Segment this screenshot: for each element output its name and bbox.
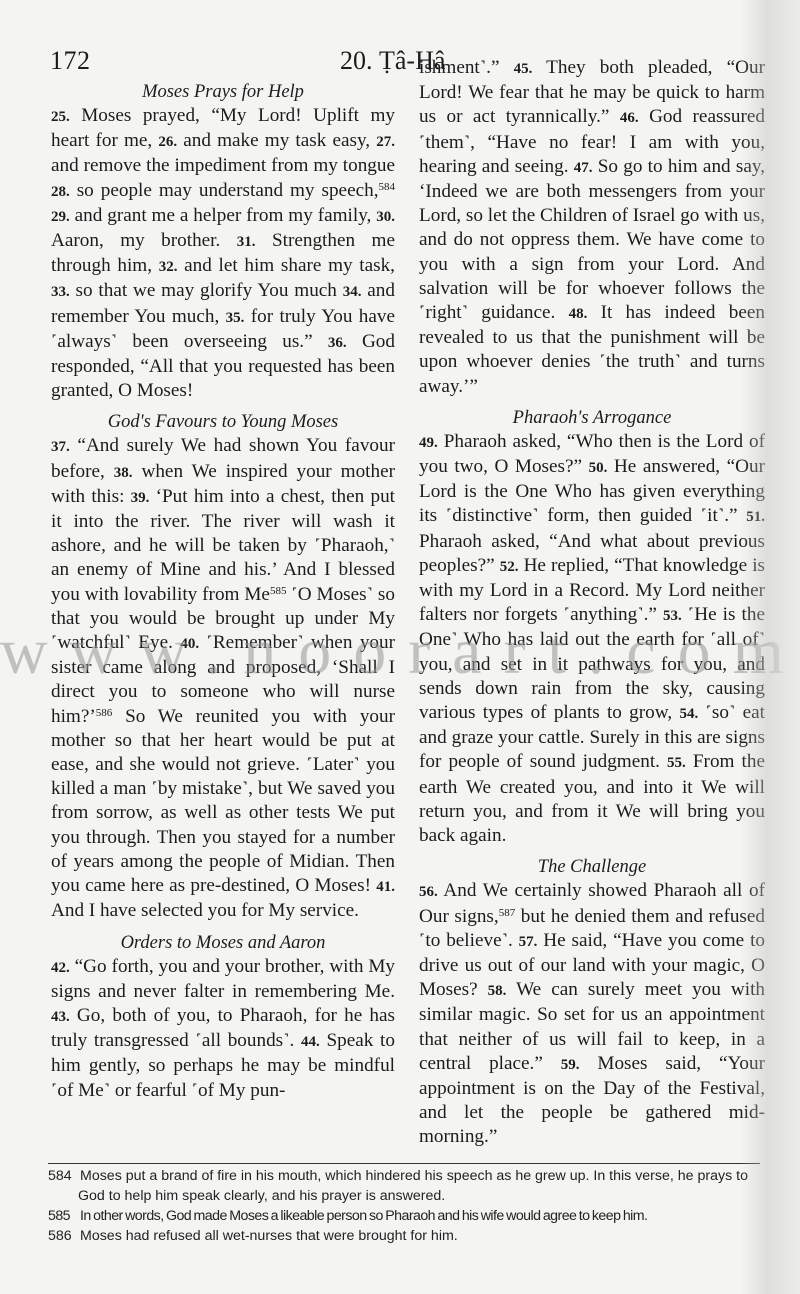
footnote-text: In other words, God made Moses a likeabl… (80, 1208, 647, 1224)
verse-number: 50. (589, 460, 608, 476)
verse-text: so that we may glorify You much (70, 280, 343, 301)
section-heading: God's Favours to Young Moses (51, 410, 395, 434)
verse-number: 34. (343, 284, 362, 300)
section-heading: The Challenge (419, 855, 765, 879)
footnote-number: 584 (48, 1166, 80, 1186)
verse-number: 55. (667, 755, 686, 771)
verse-number: 42. (51, 960, 70, 976)
verse-number: 58. (488, 983, 507, 999)
footnote-reference: 585 (270, 585, 287, 597)
footnote-divider (48, 1163, 760, 1164)
verse-text: and make my task easy, (177, 130, 376, 151)
verse-text: “Go forth, you and your brother, with My… (51, 956, 395, 1002)
footnotes: 584Moses put a brand of fire in his mout… (48, 1166, 763, 1246)
verse-number: 45. (514, 61, 533, 77)
verse-number: 38. (114, 465, 133, 481)
verse-number: 27. (376, 134, 395, 150)
verse-number: 51. (746, 509, 765, 525)
section-heading: Orders to Moses and Aaron (51, 931, 395, 955)
verse-number: 49. (419, 435, 438, 451)
section-heading: Pharaoh's Arrogance (419, 406, 765, 430)
verse-number: 59. (561, 1057, 580, 1073)
verse-number: 31. (237, 234, 256, 250)
footnote-number: 586 (48, 1226, 80, 1246)
verse-paragraph: 56. And We certainly showed Pharaoh all … (419, 879, 765, 1149)
verse-number: 48. (569, 306, 588, 322)
verse-number: 41. (376, 879, 395, 895)
verse-number: 43. (51, 1009, 70, 1025)
verse-text: So We reunited you with your mother so t… (51, 706, 395, 896)
verse-number: 25. (51, 109, 70, 125)
verse-number: 52. (500, 559, 519, 575)
footnote-text: Moses put a brand of fire in his mouth, … (78, 1168, 748, 1204)
verse-text: and remove the impediment from my tongue (51, 155, 395, 176)
verse-text: Aaron, my brother. (51, 230, 237, 251)
footnote-reference: 584 (379, 181, 396, 193)
verse-number: 54. (679, 706, 698, 722)
footnote-reference: 586 (96, 707, 113, 719)
footnote-number: 585 (48, 1206, 80, 1226)
verse-number: 56. (419, 884, 438, 900)
footnote-text: Moses had refused all wet-nurses that we… (80, 1228, 458, 1244)
footnote-584: 584Moses put a brand of fire in his mout… (48, 1166, 763, 1206)
verse-paragraph: 42. “Go forth, you and your brother, wit… (51, 955, 395, 1103)
footnote-586: 586Moses had refused all wet-nurses that… (48, 1226, 763, 1246)
verse-number: 37. (51, 439, 70, 455)
verse-number: 44. (301, 1034, 320, 1050)
section-heading: Moses Prays for Help (51, 80, 395, 104)
verse-number: 36. (328, 335, 347, 351)
verse-paragraph: 49. Pharaoh asked, “Who then is the Lord… (419, 430, 765, 848)
verse-text: so people may understand my speech, (70, 180, 379, 201)
verse-number: 39. (131, 490, 150, 506)
verse-number: 40. (180, 636, 199, 652)
verse-number: 28. (51, 184, 70, 200)
verse-number: 57. (519, 934, 538, 950)
footnote-reference: 587 (499, 907, 516, 919)
verse-number: 35. (226, 310, 245, 326)
verse-text: And I have selected you for My service. (51, 900, 359, 921)
verse-number: 29. (51, 209, 70, 225)
verse-text: and let him share my task, (177, 255, 395, 276)
verse-number: 26. (158, 134, 177, 150)
verse-text: So go to him and say, ‘Indeed we are bot… (419, 156, 765, 323)
verse-paragraph: 25. Moses prayed, “My Lord! Uplift my he… (51, 104, 395, 403)
verse-number: 33. (51, 284, 70, 300)
verse-paragraph: ishment˺.” 45. They both pleaded, “Our L… (419, 56, 765, 399)
verse-text: and grant me a helper from my family, (70, 205, 377, 226)
left-column: Moses Prays for Help25. Moses prayed, “M… (51, 80, 395, 1103)
verse-number: 30. (376, 209, 395, 225)
verse-number: 46. (620, 110, 639, 126)
verse-paragraph: 37. “And surely We had shown You favour … (51, 434, 395, 923)
verse-number: 47. (574, 160, 593, 176)
footnote-585: 585In other words, God made Moses a like… (48, 1206, 763, 1226)
page-number: 172 (50, 46, 91, 76)
right-column: ishment˺.” 45. They both pleaded, “Our L… (419, 56, 765, 1150)
verse-number: 32. (159, 259, 178, 275)
verse-text: ishment˺.” (419, 57, 514, 78)
verse-number: 53. (663, 608, 682, 624)
